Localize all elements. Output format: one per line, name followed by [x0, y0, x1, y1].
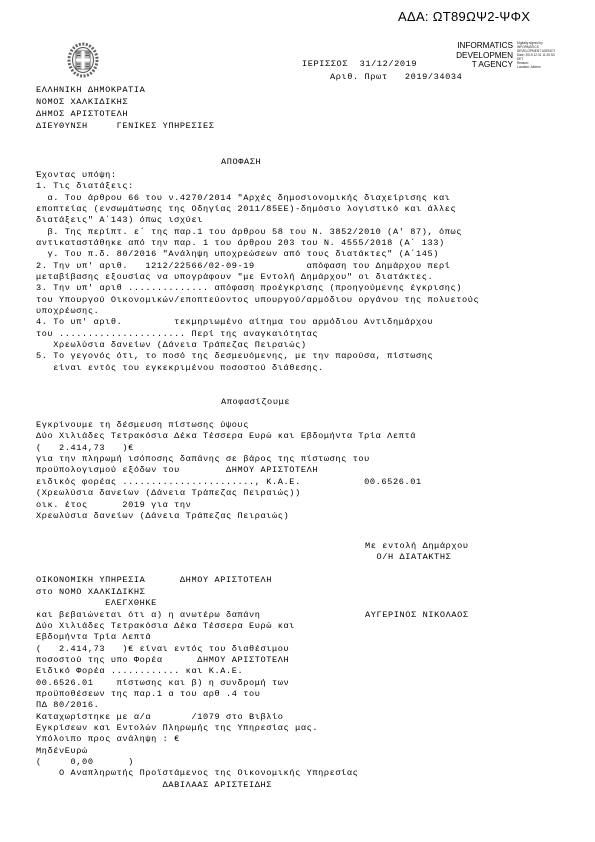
- considering-line: εποπτείας (ενσωμάτωσης της Οδηγίας 2011/…: [36, 204, 456, 215]
- considering-line: γ. Του π.δ. 80/2016 "Ανάληψη υποχρεώσεων…: [36, 249, 439, 260]
- signature-name-line: T AGENCY: [447, 60, 513, 70]
- finance-line: Εβδομήντα Τρία Λεπτά: [36, 632, 151, 643]
- issuer-line: ΔΙΕΥΘΥΝΣΗ ΓΕΝΙΚΕΣ ΥΠΗΡΕΣΙΕΣ: [36, 121, 214, 132]
- considering-line: του ...................... Περί της αναγ…: [36, 329, 318, 340]
- protocol-number: Αριθ. Πρωτ 2019/34034: [330, 72, 462, 83]
- decide-line: Χρεωλύσια δανείων (Δάνεια Τράπεζας Πειρα…: [36, 511, 289, 522]
- finance-line: ΠΔ 80/2016.: [36, 700, 99, 711]
- signature-detail-line: Location: Athens: [517, 65, 587, 69]
- remaining-amount: ( 0,00 ): [36, 757, 134, 768]
- considering-line: 5. Το γεγονός ότι, το ποσό της δεσμευόμε…: [36, 351, 433, 362]
- approver-name: ΑΥΓΕΡΙΝΟΣ ΝΙΚΟΛΑΟΣ: [365, 610, 469, 621]
- finance-amount-line: ( 2.414,73 )€ είναι εντός του διαθέσιμου: [36, 644, 289, 655]
- considering-line: του Υπουργού Οικονομικών/εποπτεύοντος υπ…: [36, 295, 479, 306]
- finance-line: Καταχωρίστηκε με α/α /1079 στο Βιβλίο: [36, 712, 284, 723]
- decide-heading: Αποφασίζουμε: [221, 397, 290, 408]
- considering-line: β. Της περίπτ. ε΄ της παρ.1 του άρθρου 5…: [36, 227, 462, 238]
- considering-line: 2. Την υπ' αριθ. 1212/22566/02-09-19 από…: [36, 261, 451, 272]
- finance-line: ΜηδένΕυρώ: [36, 746, 88, 757]
- finance-line: 00.6526.01 πίστωσης και β) η συνδρομή τω…: [36, 678, 289, 689]
- decide-line: για την πληρωμή ισόποσης δαπάνης σε βάρο…: [36, 454, 370, 465]
- signature-name-line: DEVELOPMEN: [447, 51, 513, 61]
- considering-heading: Έχοντας υπόψη:: [36, 170, 117, 181]
- ada-code: ΑΔΑ: ΩΤ89ΩΨ2-ΨΦΧ: [398, 9, 530, 24]
- finance-signatory-name: ΔΑΒΙΛΑΑΣ ΑΡΙΣΤΕΙΔΗΣ: [36, 780, 272, 791]
- considering-line: 3. Την υπ' αριθ .............. απόφαση π…: [36, 283, 462, 294]
- considering-line: μεταβίβασης εξουσίας να υπογράφουν "με Ε…: [36, 272, 433, 283]
- finance-signatory-title: Ο Αναπληρωτής Προϊστάμενος της Οικονομικ…: [36, 768, 358, 779]
- finance-line: Εγκρίσεων και Εντολών Πληρωμής της Υπηρε…: [36, 723, 318, 734]
- decide-line: Εγκρίνουμε τη δέσμευση πίστωσης ύψους: [36, 420, 249, 431]
- finance-line: Υπόλοιπο προς ανάληψη : €: [36, 734, 180, 745]
- decide-line: Δύο Χιλιάδες Τετρακόσια Δέκα Τέσσερα Ευρ…: [36, 431, 416, 442]
- amount-line: ( 2.414,73 )€: [36, 443, 134, 454]
- finance-line: ποσοστού της υπο Φορέα ΔΗΜΟΥ ΑΡΙΣΤΟΤΕΛΗ: [36, 655, 289, 666]
- issuer-line: ΕΛΛΗΝΙΚΗ ΔΗΜΟΚΡΑΤΙΑ: [36, 85, 145, 96]
- considering-line: Χρεωλύσια δανείων (Δάνεια Τράπεζας Πειρα…: [36, 340, 307, 351]
- finance-line: Ειδικό Φορέα ............ και Κ.Α.Ε.: [36, 666, 243, 677]
- place-date: ΙΕΡΙΣΣΟΣ 31/12/2019: [302, 59, 417, 70]
- signature-details: Digitally signed by INFORMATICS DEVELOPM…: [517, 41, 587, 69]
- finance-line: στο ΝΟΜΟ ΧΑΛΚΙΔΙΚΗΣ: [36, 587, 145, 598]
- signature-name-line: INFORMATICS: [447, 41, 513, 51]
- issuer-line: ΝΟΜΟΣ ΧΑΛΚΙΔΙΚΗΣ: [36, 97, 128, 108]
- signature-name: INFORMATICS DEVELOPMEN T AGENCY: [447, 41, 513, 70]
- decide-line: οικ. έτος 2019 για την: [36, 500, 191, 511]
- considering-line: υποχρέωσης.: [36, 306, 99, 317]
- authorizing-officer-label: Ο/Η ΔΙΑΤΑΚΤΗΣ: [365, 552, 451, 563]
- decide-line: (Χρεωλύσια δανείων (Δάνεια Τράπεζας Πειρ…: [36, 488, 301, 499]
- checked-label: ΕΛΕΓΧΘΗΚΕ: [36, 598, 157, 609]
- considering-line: 4. Το υπ' αριθ. τεκμηριωμένο αίτημα του …: [36, 317, 433, 328]
- considering-line: αντικαταστάθηκε από την παρ. 1 του άρθρο…: [36, 238, 445, 249]
- finance-line: προϋποθέσεων της παρ.1 α του αρθ .4 του: [36, 689, 261, 700]
- finance-line: και βεβαιώνεται ότι α) η ανωτέρω δαπάνη: [36, 610, 261, 621]
- decide-line: ειδικός φορέας ......................., …: [36, 477, 422, 488]
- decide-line: προϋπολογισμού εξόδων του ΔΗΜΟΥ ΑΡΙΣΤΟΤΕ…: [36, 465, 318, 476]
- considering-line: διατάξεις" Α΄143) όπως ισχύει: [36, 215, 203, 226]
- finance-line: ΟΙΚΟΝΟΜΙΚΗ ΥΠΗΡΕΣΙΑ ΔΗΜΟΥ ΑΡΙΣΤΟΤΕΛΗ: [36, 575, 272, 586]
- finance-line: Δύο Χιλιάδες Τετρακόσια Δέκα Τέσσερα Ευρ…: [36, 621, 295, 632]
- considering-line: είναι εντός του εγκεκριμένου ποσοστού δι…: [36, 363, 324, 374]
- greek-emblem-icon: [67, 42, 99, 78]
- considering-line: α. Του άρθρου 66 του ν.4270/2014 "Αρχές …: [36, 193, 451, 204]
- issuer-line: ΔΗΜΟΣ ΑΡΙΣΤΟΤΕΛΗ: [36, 109, 128, 120]
- document-title: ΑΠΟΦΑΣΗ: [221, 157, 261, 168]
- mayor-order-line: Με εντολή Δημάρχου: [365, 541, 469, 552]
- considering-line: 1. Τις διατάξεις:: [36, 181, 134, 192]
